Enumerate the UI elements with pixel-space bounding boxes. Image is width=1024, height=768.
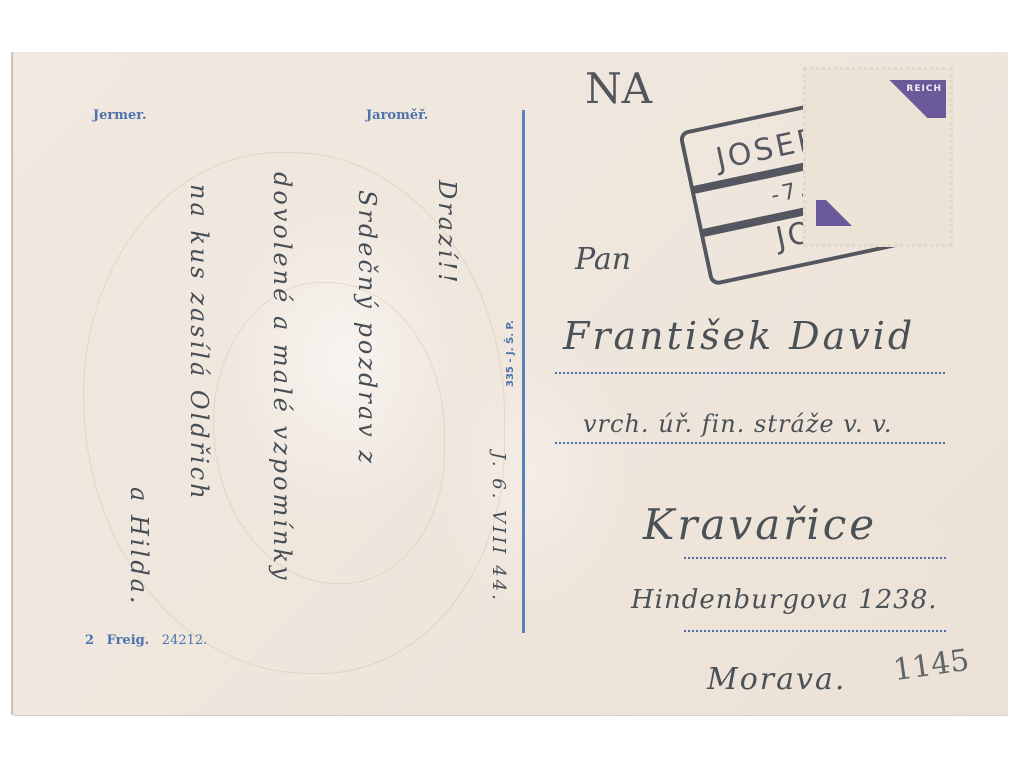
footer-code: 24212. xyxy=(162,633,208,648)
footer-number: 2 xyxy=(85,633,94,648)
divider-caption: 335 - J. Š. P. xyxy=(505,320,516,387)
message-line: na kus zasílá Oldřich xyxy=(185,184,213,502)
postage-stamp: REICH xyxy=(803,67,953,247)
publisher-right: Jaroměř. xyxy=(366,108,428,123)
message-line: a Hilda. xyxy=(125,487,153,607)
address-line xyxy=(555,372,945,374)
address-region: Morava. xyxy=(707,662,846,697)
footer-text: Freig. xyxy=(107,633,150,648)
stamp-fragment-bottom xyxy=(816,200,856,226)
address-title: vrch. úř. fin. stráže v. v. xyxy=(583,410,893,438)
annotation-na: NA xyxy=(585,64,652,113)
address-line xyxy=(684,630,946,632)
stamp-fragment-top: REICH xyxy=(882,80,946,118)
address-salutation: Pan xyxy=(575,242,631,277)
pencil-note: 1145 xyxy=(891,643,971,688)
address-name: František David xyxy=(563,314,915,358)
address-line xyxy=(684,557,946,559)
publisher-left: Jermer. xyxy=(93,108,146,123)
message-line: Drazí!! xyxy=(433,180,461,286)
address-line xyxy=(555,442,945,444)
message-date: J. 6. VIII 44. xyxy=(488,452,509,603)
message-line: dovolené a malé vzpomínky xyxy=(268,172,296,583)
stamp-label: REICH xyxy=(906,84,942,94)
address-street: Hindenburgova 1238. xyxy=(631,585,938,615)
water-stain xyxy=(213,282,445,584)
divider-line xyxy=(522,110,525,633)
message-line: Srdečný pozdrav z xyxy=(353,190,381,466)
address-town: Kravařice xyxy=(643,500,877,549)
postcard: Jermer. Jaroměř. 335 - J. Š. P. 2 Freig.… xyxy=(13,52,1008,715)
footer-print: 2 Freig. 24212. xyxy=(85,633,207,648)
